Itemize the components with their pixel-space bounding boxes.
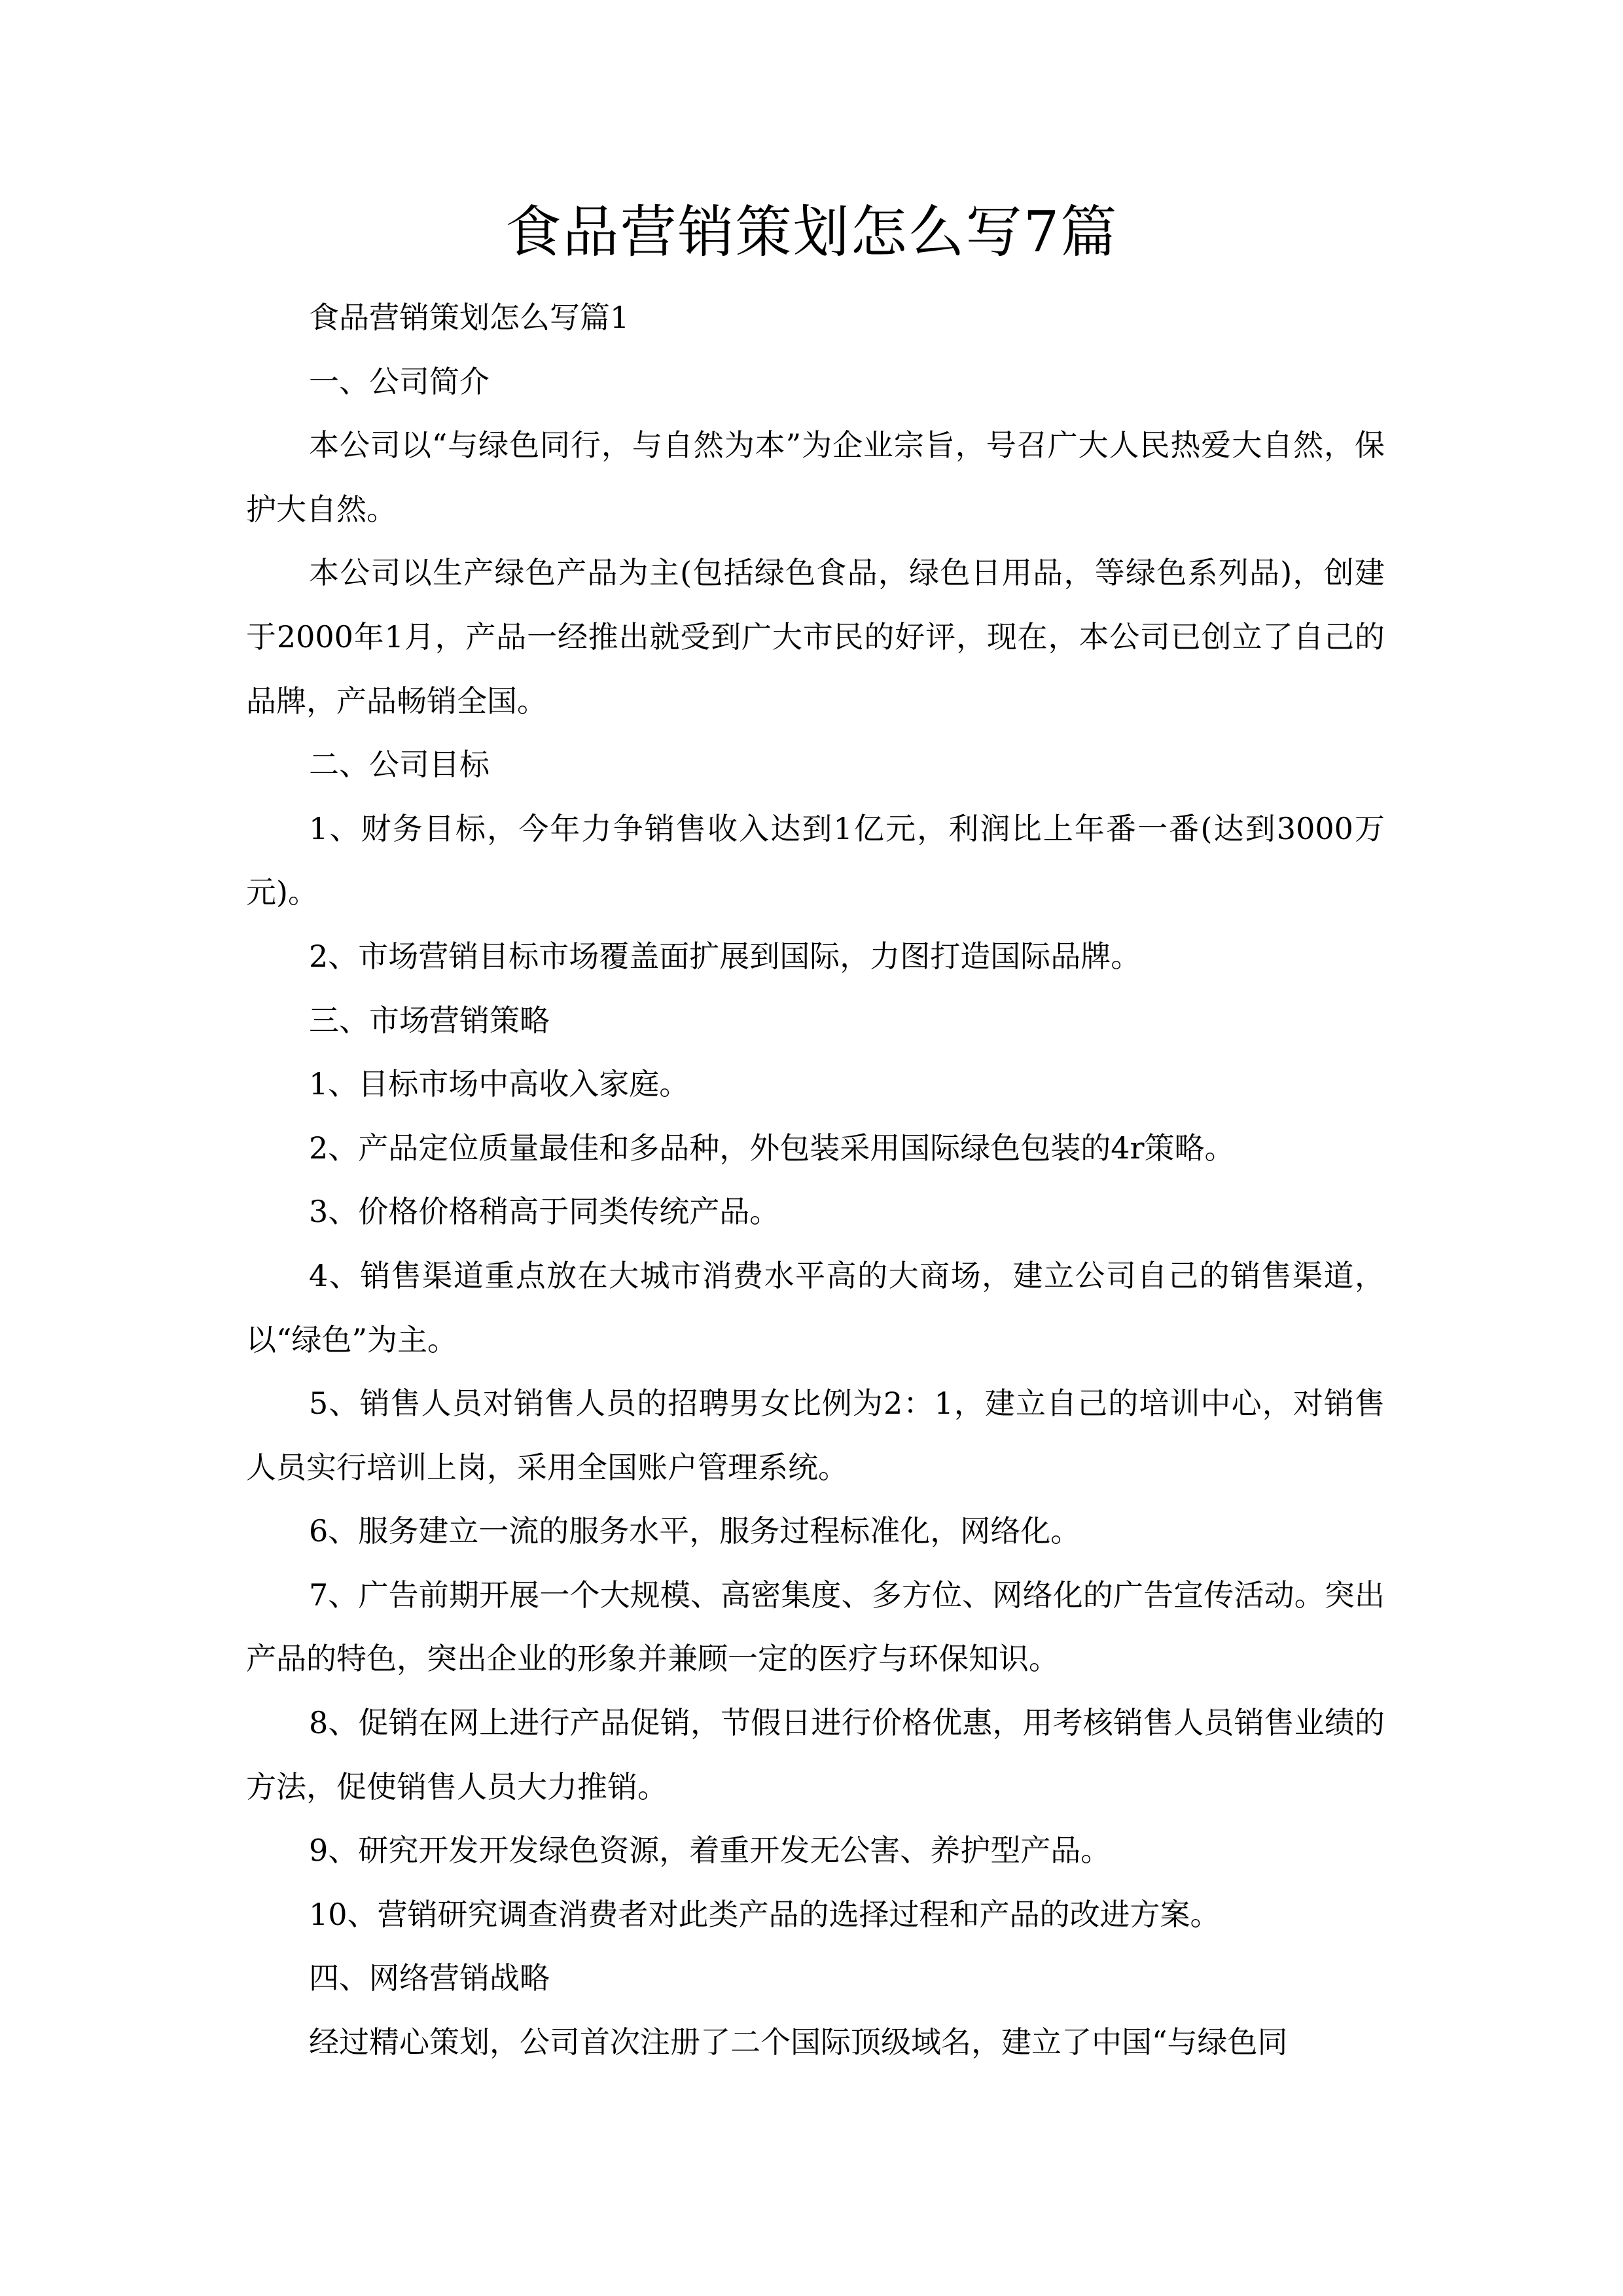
- list-item-research-development: 9、研究开发开发绿色资源，着重开发无公害、养护型产品。: [246, 1819, 1385, 1883]
- document-title: 食品营销策划怎么写7篇: [0, 196, 1623, 268]
- list-item-target-market: 1、目标市场中高收入家庭。: [246, 1052, 1385, 1117]
- document-body: 食品营销策划怎么写篇1 一、公司简介 本公司以“与绿色同行，与自然为本”为企业宗…: [246, 286, 1385, 2075]
- section-heading-article-1: 食品营销策划怎么写篇1: [246, 286, 1385, 350]
- list-item-advertising: 7、广告前期开展一个大规模、高密集度、多方位、网络化的广告宣传活动。突出产品的特…: [246, 1564, 1385, 1691]
- list-item-service: 6、服务建立一流的服务水平，服务过程标准化，网络化。: [246, 1499, 1385, 1564]
- paragraph-company-products: 本公司以生产绿色产品为主(包括绿色食品，绿色日用品，等绿色系列品)，创建于200…: [246, 541, 1385, 733]
- list-item-marketing-research: 10、营销研究调查消费者对此类产品的选择过程和产品的改进方案。: [246, 1883, 1385, 1947]
- list-item-marketing-goal: 2、市场营销目标市场覆盖面扩展到国际，力图打造国际品牌。: [246, 925, 1385, 989]
- section-heading-company-goals: 二、公司目标: [246, 733, 1385, 797]
- paragraph-online-marketing: 经过精心策划，公司首次注册了二个国际顶级域名，建立了中国“与绿色同: [246, 2011, 1385, 2075]
- list-item-sales-channel: 4、销售渠道重点放在大城市消费水平高的大商场，建立公司自己的销售渠道，以“绿色”…: [246, 1244, 1385, 1372]
- section-heading-online-marketing: 四、网络营销战略: [246, 1946, 1385, 2011]
- list-item-financial-goal: 1、财务目标，今年力争销售收入达到1亿元，利润比上年番一番(达到3000万元)。: [246, 797, 1385, 925]
- list-item-pricing: 3、价格价格稍高于同类传统产品。: [246, 1180, 1385, 1244]
- list-item-product-positioning: 2、产品定位质量最佳和多品种，外包装采用国际绿色包装的4r策略。: [246, 1117, 1385, 1181]
- list-item-sales-staff: 5、销售人员对销售人员的招聘男女比例为2：1，建立自己的培训中心，对销售人员实行…: [246, 1372, 1385, 1499]
- list-item-promotion: 8、促销在网上进行产品促销，节假日进行价格优惠，用考核销售人员销售业绩的方法，促…: [246, 1691, 1385, 1819]
- section-heading-company-intro: 一、公司简介: [246, 350, 1385, 414]
- document-page: 食品营销策划怎么写7篇 食品营销策划怎么写篇1 一、公司简介 本公司以“与绿色同…: [0, 0, 1623, 2296]
- paragraph-company-mission: 本公司以“与绿色同行，与自然为本”为企业宗旨，号召广大人民热爱大自然，保护大自然…: [246, 414, 1385, 541]
- section-heading-marketing-strategy: 三、市场营销策略: [246, 989, 1385, 1053]
